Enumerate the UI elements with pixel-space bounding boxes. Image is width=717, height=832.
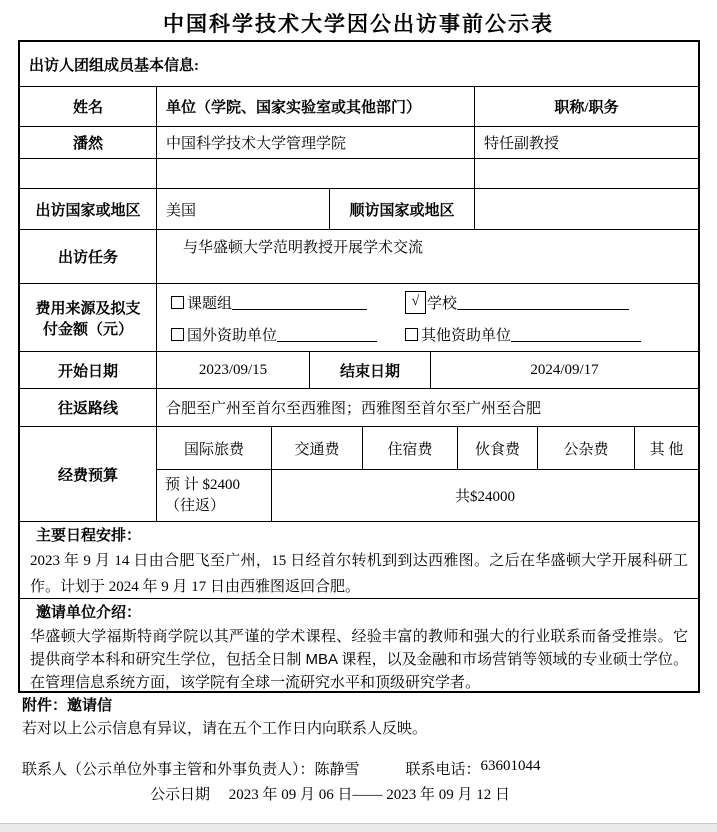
table-row xyxy=(20,159,698,189)
budget-total: 共$24000 xyxy=(272,470,698,521)
budget-grid: 国际旅费 交通费 住宿费 伙食费 公杂费 其 他 预 计 $2400 （往返） … xyxy=(157,427,698,521)
fill-in-line xyxy=(232,294,367,310)
funding-option-project-group: 课题组 xyxy=(171,292,405,313)
funding-option-label: 其他资助单位 xyxy=(421,324,511,345)
budget-intl-estimate-line2: （往返） xyxy=(165,496,271,517)
col-header-unit: 单位（学院、国家实验室或其他部门） xyxy=(157,87,475,126)
checkbox-unchecked-icon xyxy=(171,328,184,341)
start-date-value: 2023/09/15 xyxy=(157,352,310,388)
contact-label: 联系人（公示单位外事主管和外事负责人）： xyxy=(22,758,315,779)
destination-value: 美国 xyxy=(157,189,330,229)
objection-note: 若对以上公示信息有异议，请在五个工作日内向联系人反映。 xyxy=(22,717,427,738)
funding-option-label: 课题组 xyxy=(187,292,232,313)
budget-col-other: 其 他 xyxy=(635,427,698,469)
funding-option-foreign-sponsor: 国外资助单位 xyxy=(171,324,405,345)
task-value: 与华盛顿大学范明教授开展学术交流 xyxy=(157,230,698,283)
funding-option-other-sponsor: 其他资助单位 xyxy=(405,324,641,345)
inviting-unit-body: 华盛顿大学福斯特商学院以其严谨的学术课程、经验丰富的教师和强大的行业联系而备受推… xyxy=(30,625,688,691)
funding-label: 费用来源及拟支 付金额（元） xyxy=(20,284,157,351)
funding-options: 课题组 √ 学校 国外资助单位 其他资助单位 xyxy=(157,284,698,351)
col-header-name: 姓名 xyxy=(20,87,157,126)
task-label: 出访任务 xyxy=(20,230,157,283)
fill-in-line xyxy=(511,326,641,342)
side-visit-label: 顺访国家或地区 xyxy=(330,189,475,229)
funding-option-label: 国外资助单位 xyxy=(187,324,277,345)
phone-value: 63601044 xyxy=(481,758,541,779)
page-title: 中国科学技术大学因公出访事前公示表 xyxy=(0,8,717,38)
table-row: 潘然 中国科学技术大学管理学院 特任副教授 xyxy=(20,127,698,159)
funding-label-line1: 费用来源及拟支 xyxy=(35,297,140,318)
spacer xyxy=(360,758,406,779)
checkbox-unchecked-icon xyxy=(171,296,184,309)
end-date-label: 结束日期 xyxy=(310,352,431,388)
funding-label-line2: 付金额（元） xyxy=(35,318,140,339)
end-date-value: 2024/09/17 xyxy=(431,352,698,388)
inviting-unit-header: 邀请单位介绍： xyxy=(30,602,688,625)
contact-line: 联系人（公示单位外事主管和外事负责人）：陈静雪联系电话：63601044 xyxy=(22,758,541,779)
member-name xyxy=(20,159,157,188)
phone-label: 联系电话： xyxy=(406,758,481,779)
funding-option-label: 学校 xyxy=(427,292,457,313)
route-label: 往返路线 xyxy=(20,389,157,426)
route-value: 合肥至广州至首尔至西雅图；西雅图至首尔至广州至合肥 xyxy=(157,389,698,426)
destination-label: 出访国家或地区 xyxy=(20,189,157,229)
fill-in-line xyxy=(277,326,377,342)
budget-col-lodging: 住宿费 xyxy=(363,427,458,469)
member-name: 潘然 xyxy=(20,127,157,158)
budget-col-meals: 伙食费 xyxy=(458,427,538,469)
side-visit-value xyxy=(475,189,698,229)
member-position xyxy=(475,159,698,188)
budget-intl-estimate: 预 计 $2400 （往返） xyxy=(157,470,272,521)
basic-info-header: 出访人团组成员基本信息: xyxy=(20,42,698,86)
fill-in-line xyxy=(457,294,629,310)
schedule-header: 主要日程安排： xyxy=(30,525,688,548)
start-date-label: 开始日期 xyxy=(20,352,157,388)
page-bottom-bar xyxy=(0,823,717,832)
schedule-body: 2023 年 9 月 14 日由合肥飞至广州，15 日经首尔转机到到达西雅图。之… xyxy=(30,548,688,598)
attachment-note: 附件：邀请信 xyxy=(22,694,112,715)
budget-label: 经费预算 xyxy=(20,427,157,521)
funding-option-school: √ 学校 xyxy=(405,291,629,314)
budget-col-misc: 公杂费 xyxy=(538,427,635,469)
col-header-position: 职称/职务 xyxy=(475,87,698,126)
budget-intl-estimate-line1: 预 计 $2400 xyxy=(165,475,271,496)
member-unit xyxy=(157,159,475,188)
contact-name: 陈静雪 xyxy=(315,758,360,779)
member-position: 特任副教授 xyxy=(475,127,698,158)
checkbox-unchecked-icon xyxy=(405,328,418,341)
publicity-form-table: 出访人团组成员基本信息: 姓名 单位（学院、国家实验室或其他部门） 职称/职务 … xyxy=(18,40,700,693)
checkbox-checked-icon: √ xyxy=(405,291,426,314)
budget-col-transport: 交通费 xyxy=(272,427,363,469)
publicity-period: 公示日期 2023 年 09 月 06 日—— 2023 年 09 月 12 日 xyxy=(150,783,510,804)
member-unit: 中国科学技术大学管理学院 xyxy=(157,127,475,158)
budget-col-intl-travel: 国际旅费 xyxy=(157,427,272,469)
